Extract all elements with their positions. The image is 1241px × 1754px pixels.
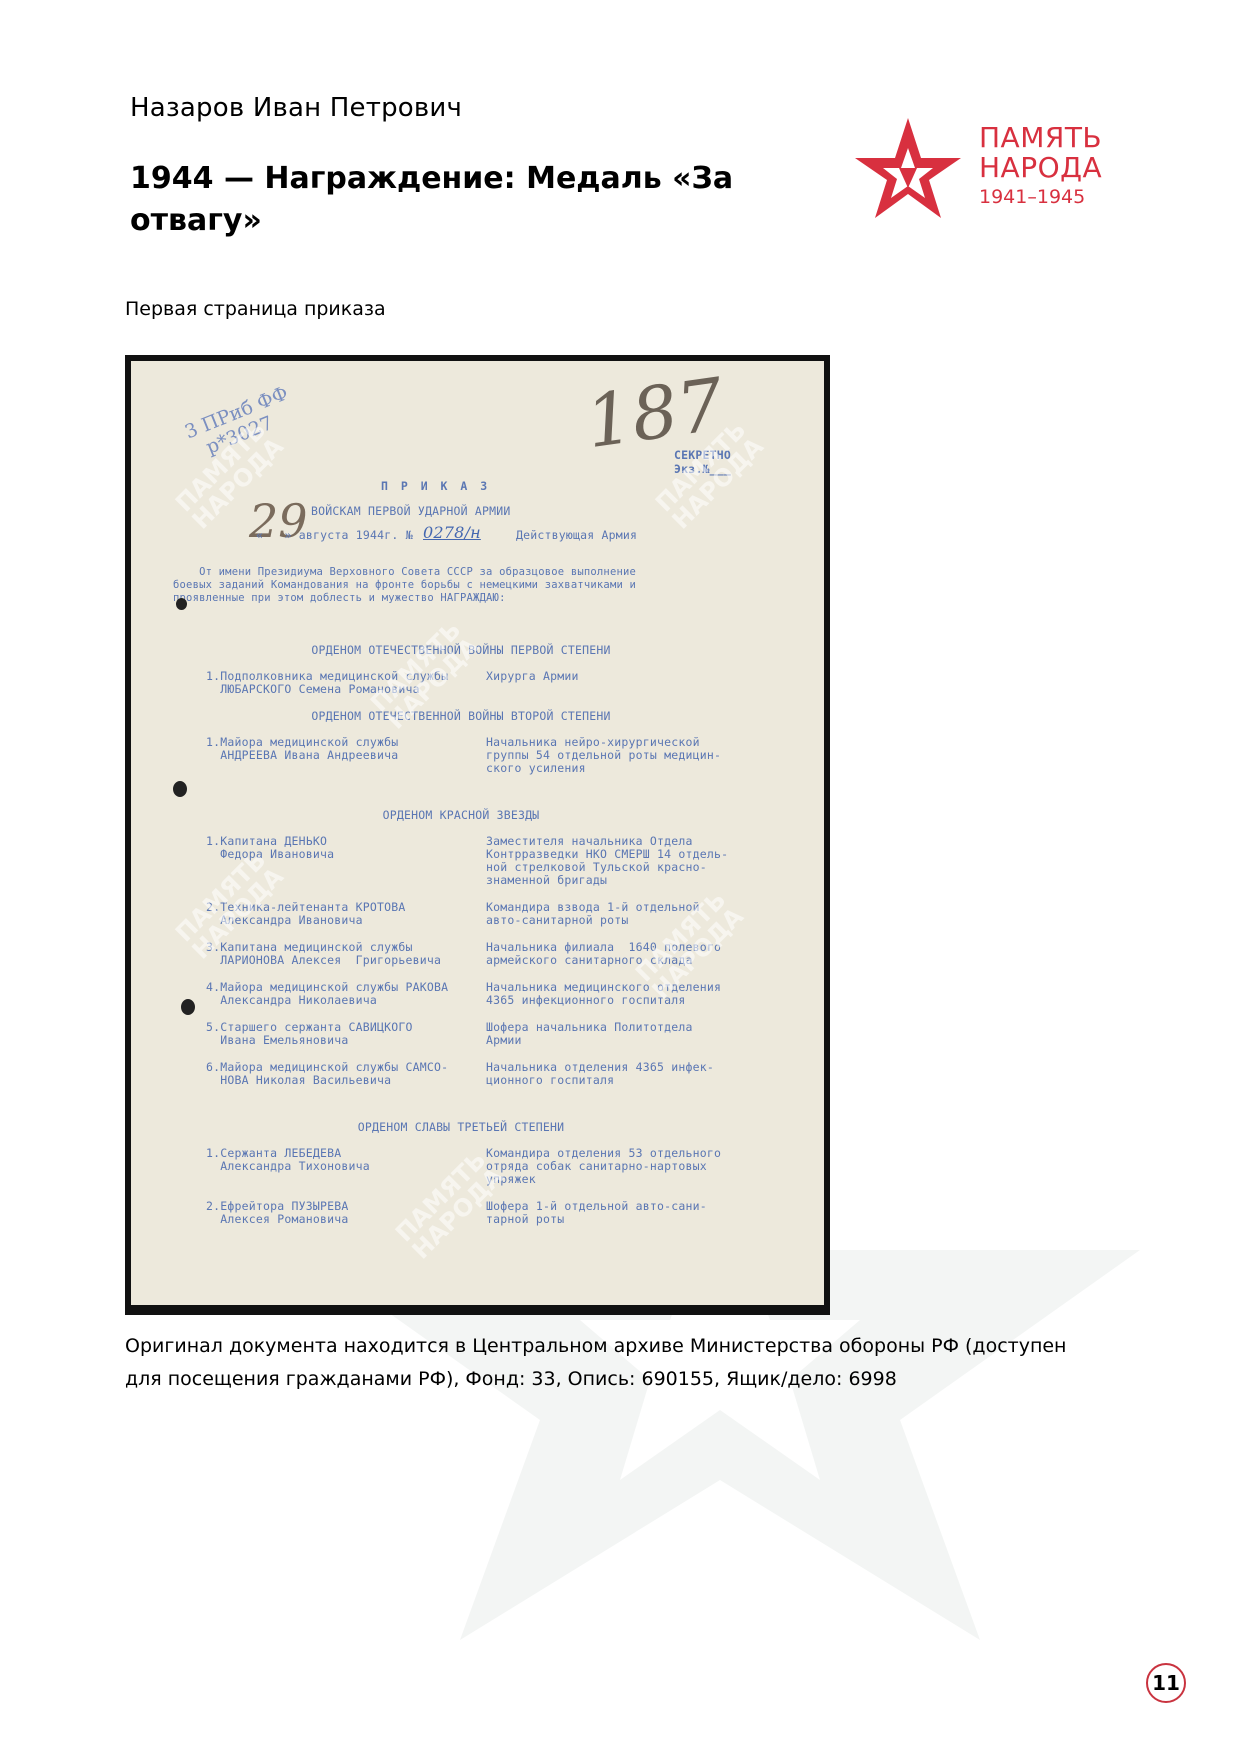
typewritten-line: знаменной бригады	[486, 873, 607, 887]
logo-years: 1941–1945	[979, 188, 1102, 207]
typewritten-line: Начальника отделения 4365 инфек-	[486, 1060, 714, 1074]
typewritten-line: тарной роты	[486, 1212, 564, 1226]
typewritten-line: 1.Сержанта ЛЕБЕДЕВА	[206, 1146, 341, 1160]
logo-title-line1: ПАМЯТЬ	[979, 124, 1102, 152]
typewritten-line: НОВА Николая Васильевича	[206, 1073, 391, 1087]
typewritten-line: Александра Тихоновича	[206, 1159, 370, 1173]
typewritten-line: 5.Старшего сержанта САВИЦКОГО	[206, 1020, 413, 1034]
typewritten-line: Александра Николаевича	[206, 993, 377, 1007]
typewritten-line: ционного госпиталя	[486, 1073, 614, 1087]
order-number: 0278/н	[423, 523, 481, 542]
order-subtitle: ВОЙСКАМ ПЕРВОЙ УДАРНОЙ АРМИИ	[311, 504, 510, 518]
image-caption: Первая страница приказа	[125, 298, 386, 320]
typewritten-line: АНДРЕЕВА Ивана Андреевича	[206, 748, 398, 762]
typewritten-line: ЛАРИОНОВА Алексея Григорьевича	[206, 953, 441, 967]
order-place: Действующая Армия	[516, 528, 637, 542]
punch-hole	[176, 598, 187, 610]
typewritten-line: 4.Майора медицинской службы РАКОВА	[206, 980, 448, 994]
typewritten-line: 1.Майора медицинской службы	[206, 735, 398, 749]
typewritten-line: 1.Капитана ДЕНЬКО	[206, 834, 327, 848]
person-name: Назаров Иван Петрович	[130, 93, 462, 123]
typewritten-line: отряда собак санитарно-нартовых	[486, 1159, 707, 1173]
punch-hole	[173, 781, 187, 797]
typewritten-line: Федора Ивановича	[206, 847, 334, 861]
document-paper: 3 ПРиб ФФ р*3027 187 29 СЕКРЕТНО Экз.№__…	[131, 361, 824, 1305]
typewritten-line: ной стрелковой Тульской красно-	[486, 860, 707, 874]
typewritten-line: проявленные при этом доблесть и мужество…	[173, 592, 506, 604]
typewritten-line: Командира отделения 53 отдельного	[486, 1146, 721, 1160]
order-heading: П Р И К А З	[381, 479, 490, 493]
red-star-icon	[855, 118, 961, 218]
typewritten-line: ОРДЕНОМ КРАСНОЙ ЗВЕЗДЫ	[131, 808, 791, 822]
typewritten-line: ОРДЕНОМ ОТЕЧЕСТВЕННОЙ ВОЙНЫ ВТОРОЙ СТЕПЕ…	[131, 709, 791, 723]
archive-source-note: Оригинал документа находится в Центральн…	[125, 1330, 1105, 1396]
page-number: 11	[1146, 1663, 1186, 1703]
typewritten-line: 3.Капитана медицинской службы	[206, 940, 413, 954]
typewritten-line: Контрразведки НКО СМЕРШ 14 отдель-	[486, 847, 728, 861]
typewritten-line: Заместителя начальника Отдела	[486, 834, 693, 848]
typewritten-line: От имени Президиума Верховного Совета СС…	[173, 566, 636, 578]
order-date: « » августа 1944г. №	[256, 528, 413, 542]
typewritten-line: авто-санитарной роты	[486, 913, 628, 927]
typewritten-line: Алексея Романовича	[206, 1212, 348, 1226]
logo-title-line2: НАРОДА	[979, 154, 1102, 182]
typewritten-line: Хирурга Армии	[486, 669, 579, 683]
logo-text: ПАМЯТЬ НАРОДА 1941–1945	[979, 124, 1102, 207]
punch-hole	[181, 999, 195, 1015]
typewritten-line: боевых заданий Командования на фронте бо…	[173, 579, 636, 591]
typewritten-line: Ивана Емельяновича	[206, 1033, 348, 1047]
typewritten-line: Командира взвода 1-й отдельной	[486, 900, 700, 914]
document-scan-image: 3 ПРиб ФФ р*3027 187 29 СЕКРЕТНО Экз.№__…	[125, 355, 830, 1315]
typewritten-line: 4365 инфекционного госпиталя	[486, 993, 685, 1007]
pamyat-naroda-logo[interactable]: ПАМЯТЬ НАРОДА 1941–1945	[855, 118, 1115, 218]
typewritten-line: 2.Ефрейтора ПУЗЫРЕВА	[206, 1199, 348, 1213]
typewritten-line: ОРДЕНОМ СЛАВЫ ТРЕТЬЕЙ СТЕПЕНИ	[131, 1120, 791, 1134]
typewritten-line: Шофера 1-й отдельной авто-сани-	[486, 1199, 707, 1213]
typewritten-line: Начальника нейро-хирургической	[486, 735, 700, 749]
typewritten-line: 6.Майора медицинской службы САМСО-	[206, 1060, 448, 1074]
typewritten-line: Армии	[486, 1033, 522, 1047]
typewritten-line: ского усиления	[486, 761, 586, 775]
typewritten-line: группы 54 отдельной роты медицин-	[486, 748, 721, 762]
typewritten-line: Шофера начальника Политотдела	[486, 1020, 693, 1034]
award-title: 1944 — Награждение: Медаль «За отвагу»	[130, 158, 770, 242]
